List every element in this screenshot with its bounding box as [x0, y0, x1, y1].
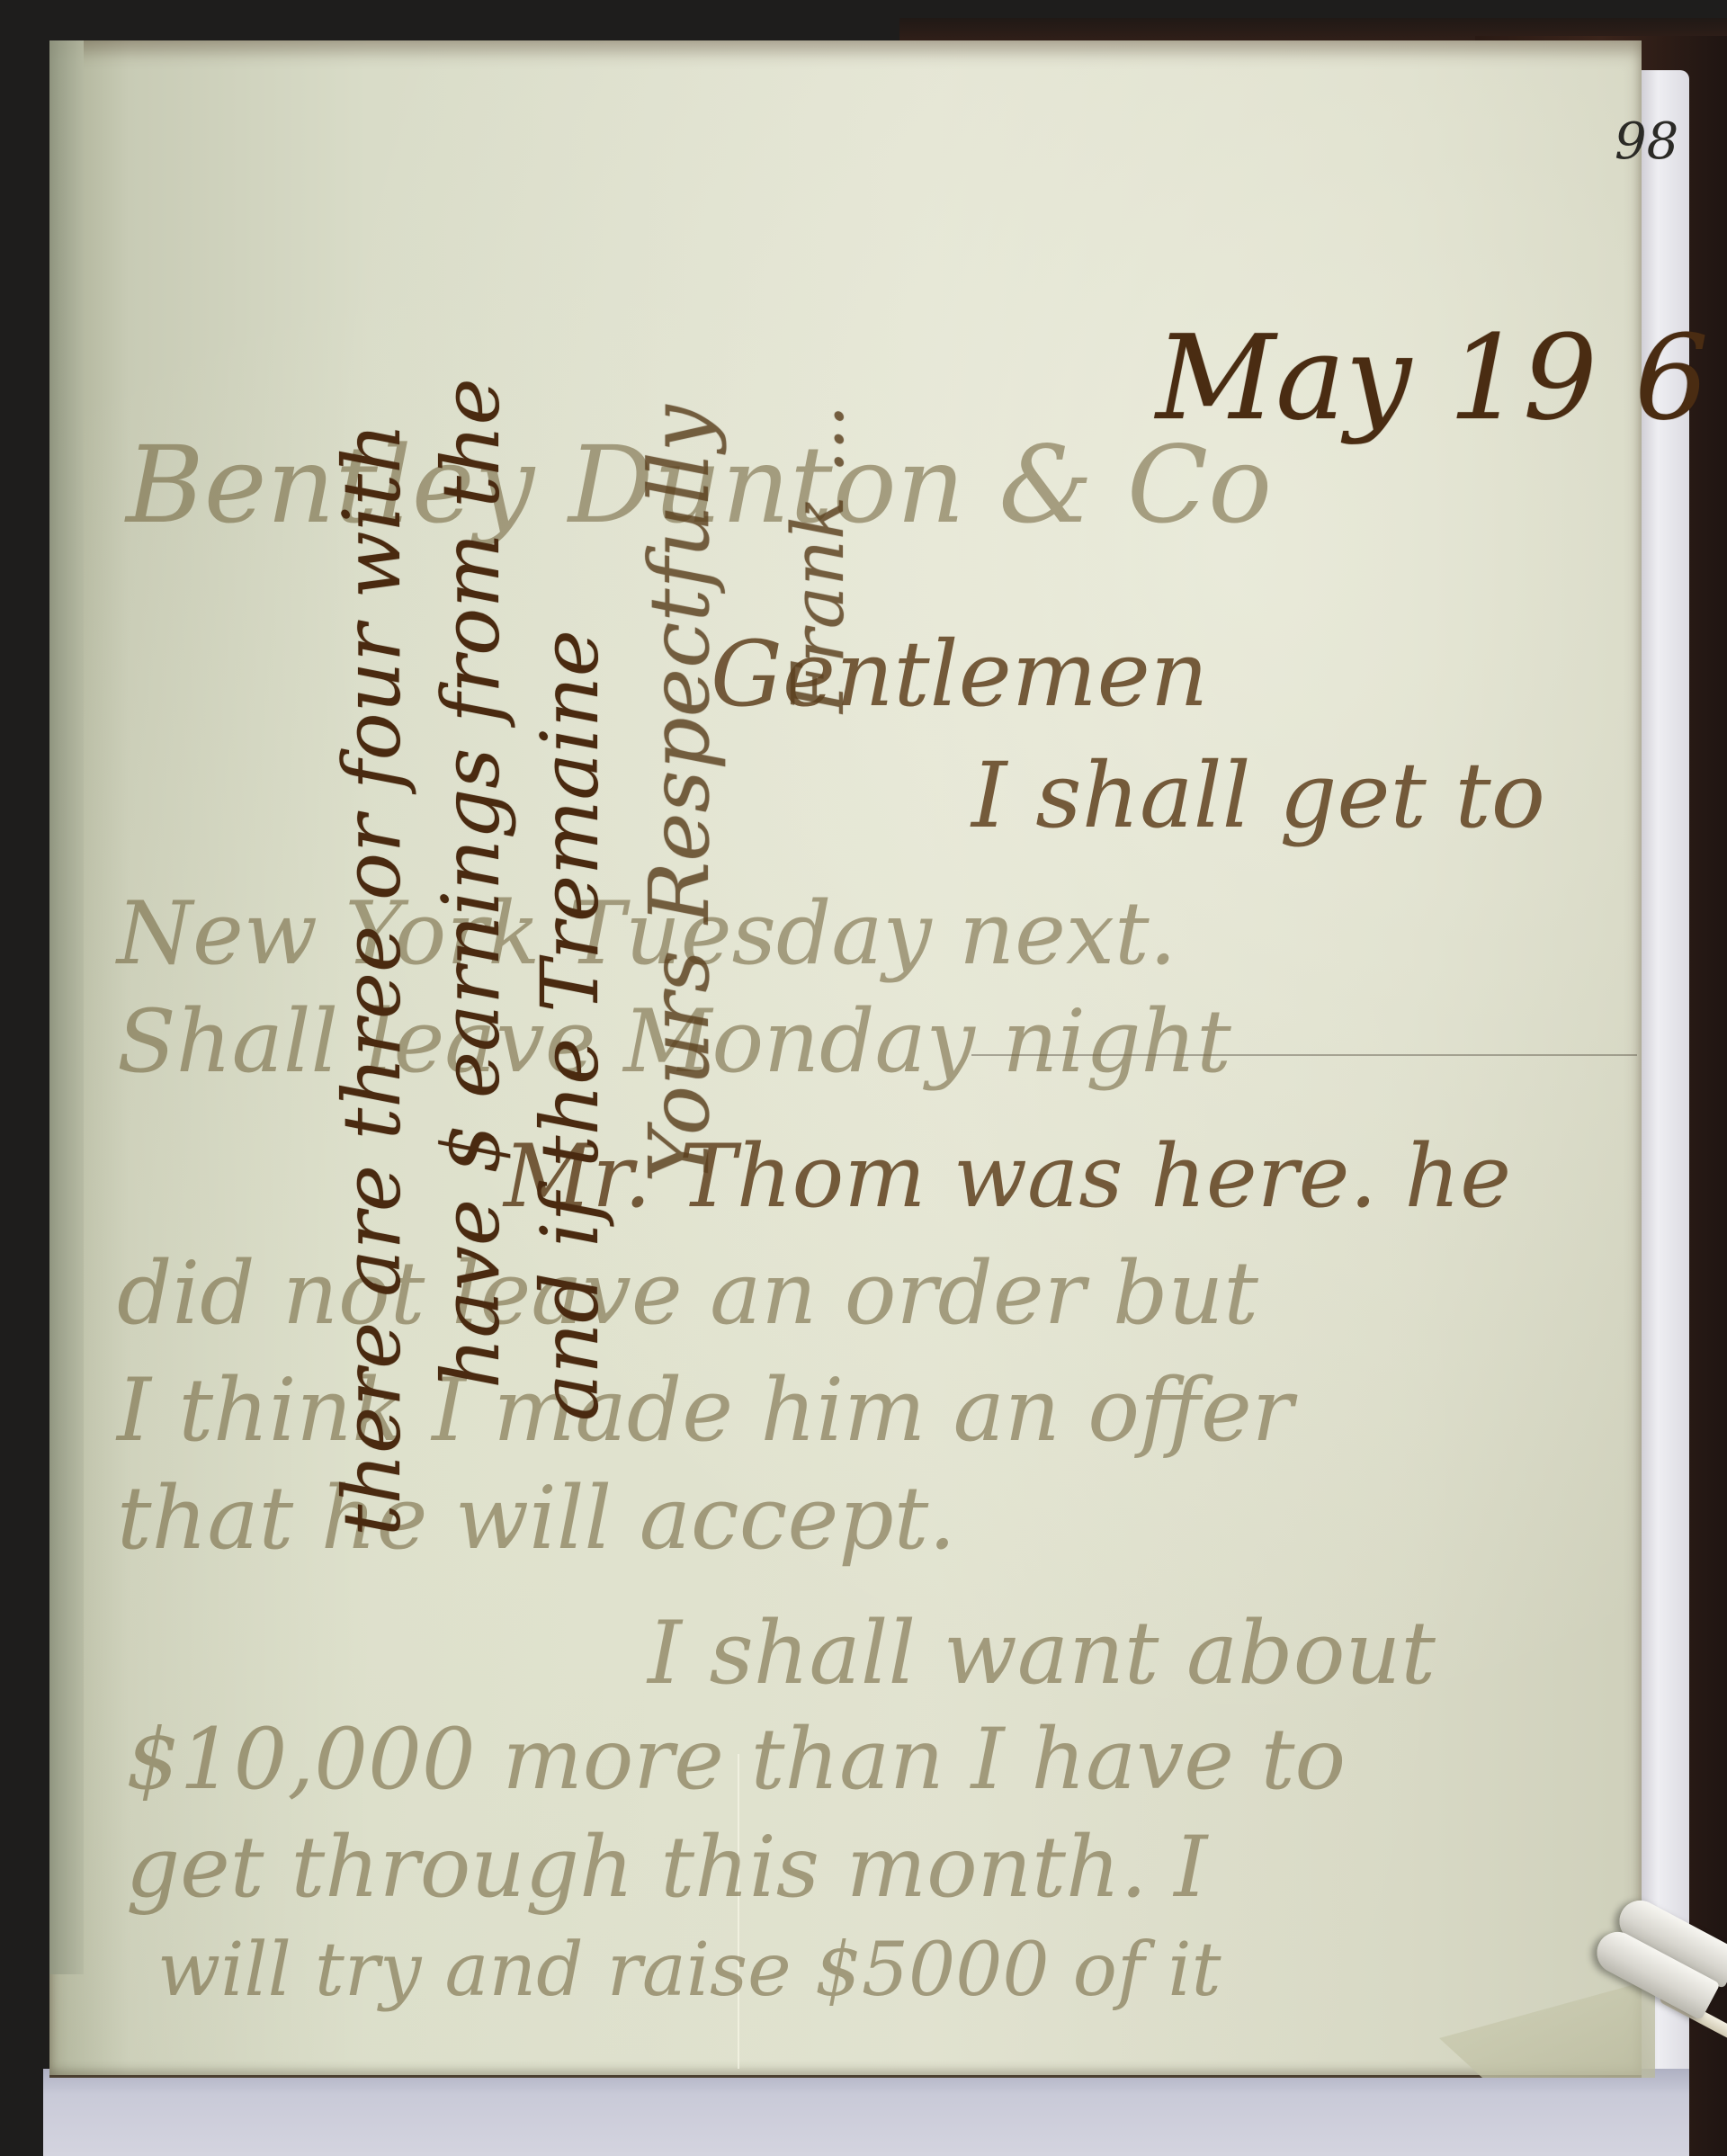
- body-line-11: will try and raise $5000 of it: [157, 1934, 1221, 2008]
- body-line-9: $10,000 more than I have to: [126, 1718, 1346, 1803]
- mount-board-bottom: [43, 2069, 1689, 2156]
- paper-edge-shadow: [49, 40, 84, 1974]
- body-line-6: I think I made him an offer: [117, 1367, 1293, 1454]
- letter-date: May 19 6: [1156, 319, 1709, 436]
- body-line-8: I shall want about: [648, 1610, 1436, 1696]
- cross-written-signoff: Yours Respectfully: [639, 405, 721, 1304]
- cross-written-column-2: have $ earnings from the: [432, 378, 511, 1799]
- body-line-1: I shall get to: [971, 751, 1545, 841]
- cross-written-signature: Frank ...: [783, 405, 855, 980]
- cross-written-column-3: and if the Tremaine: [531, 630, 610, 1799]
- folio-number: 98: [1615, 112, 1678, 171]
- body-line-10: get through this month. I: [126, 1826, 1207, 1910]
- cross-written-column-1: there are three or four with: [333, 423, 412, 1799]
